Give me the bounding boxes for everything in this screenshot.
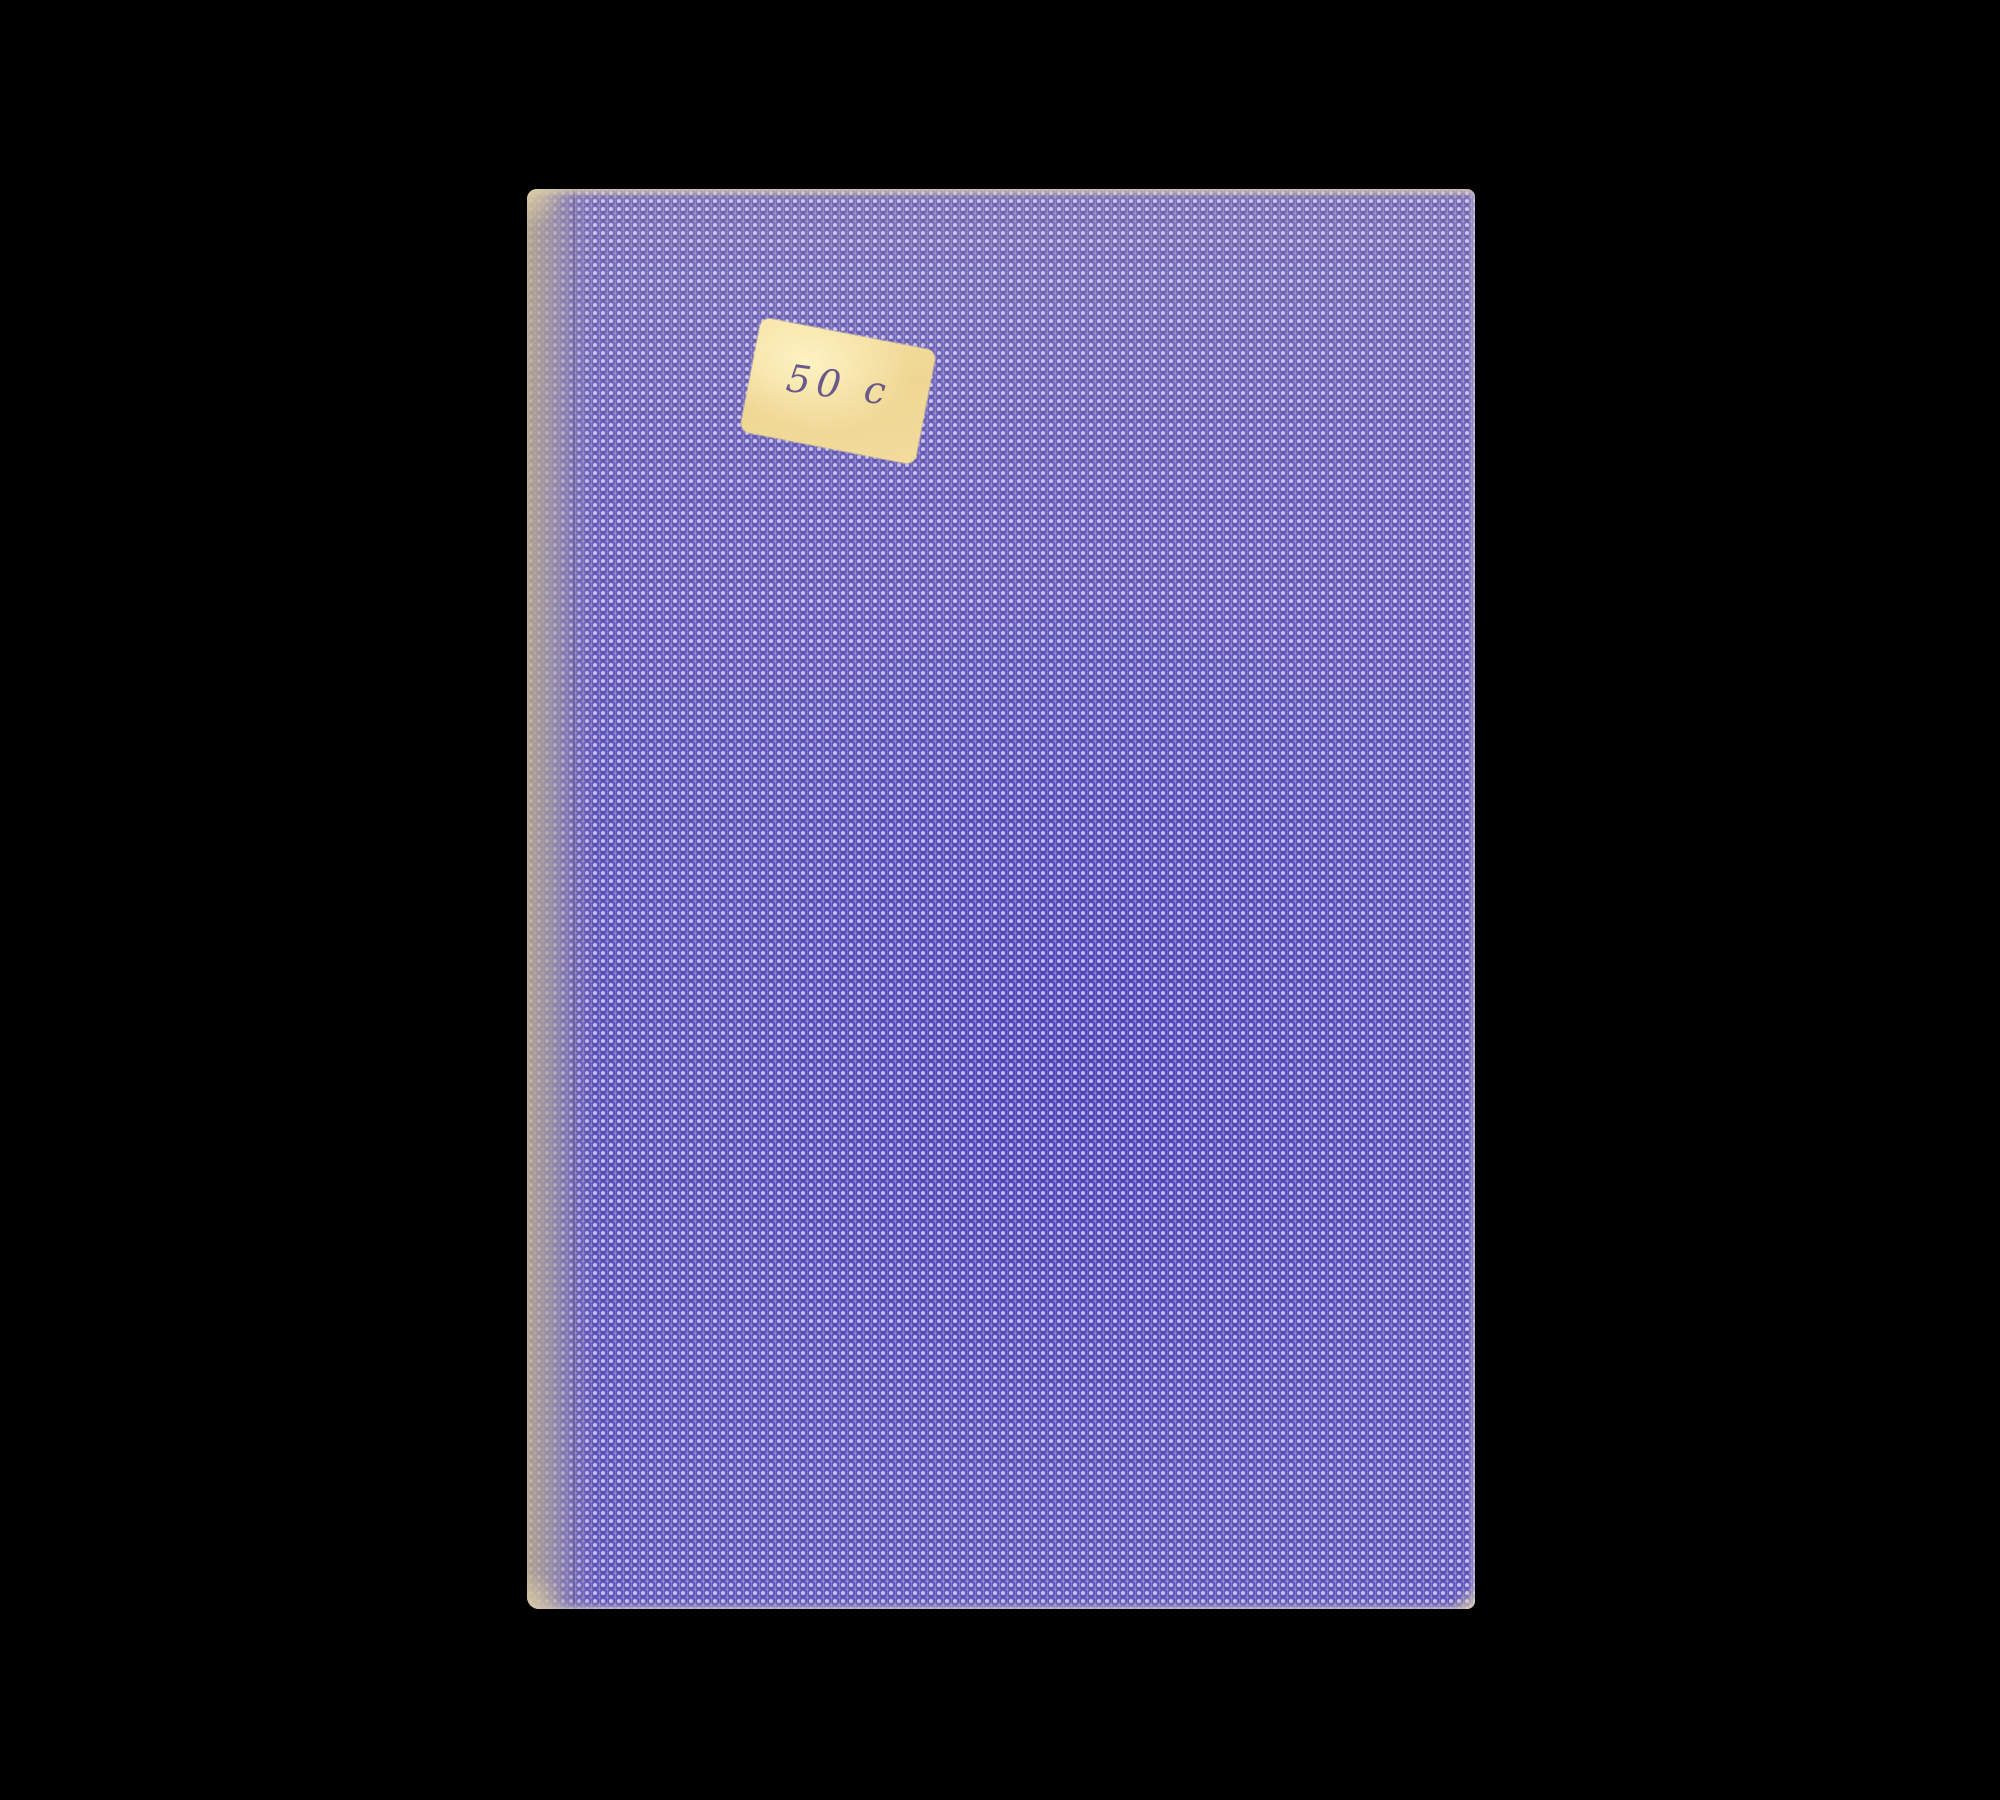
worn-corner-bottom-right [1451, 1585, 1475, 1609]
worn-corner-bottom-left [527, 1569, 567, 1609]
worn-bottom-edge [527, 1601, 1475, 1609]
cloth-weave-highlight [527, 189, 1475, 1609]
faded-spine-edge [527, 189, 597, 1609]
book-front-cover [527, 189, 1475, 1609]
price-label: 50 c [748, 351, 930, 419]
worn-right-edge [1467, 189, 1475, 1609]
worn-top-edge [527, 189, 1475, 199]
worn-corner-top-left [527, 189, 567, 229]
photo-scene: 50 c [0, 0, 2000, 1800]
spine-hinge-crease [573, 189, 575, 1609]
